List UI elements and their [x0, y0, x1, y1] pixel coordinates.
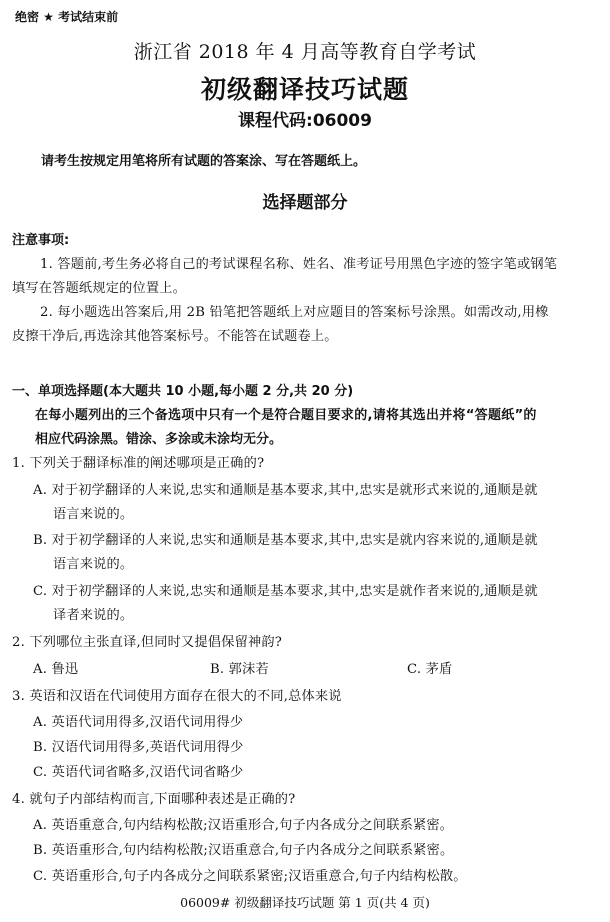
q2-option-a: A. 鲁迅	[33, 658, 78, 677]
q3-option-b: B. 汉语代词用得多,英语代词用得少	[33, 736, 244, 755]
q4-option-a: A. 英语重意合,句内结构松散;汉语重形合,句子内各成分之间联系紧密。	[33, 814, 453, 833]
q1-option-c: C. 对于初学翻译的人来说,忠实和通顺是基本要求,其中,忠实是就作者来说的,通顺…	[33, 580, 538, 599]
note-1-line1: 1. 答题前,考生务必将自己的考试课程名称、姓名、准考证号用黑色字迹的签字笔或钢…	[40, 253, 557, 272]
q4-option-c: C. 英语重形合,句子内各成分之间联系紧密;汉语重意合,句子内结构松散。	[33, 865, 467, 884]
confidential-label: 绝密 ★ 考试结束前	[15, 8, 118, 25]
q3-option-a: A. 英语代词用得多,汉语代词用得少	[33, 711, 243, 730]
q1-option-a: A. 对于初学翻译的人来说,忠实和通顺是基本要求,其中,忠实是就形式来说的,通顺…	[33, 479, 538, 498]
note-2-line2: 皮擦干净后,再选涂其他答案标号。不能答在试题卷上。	[12, 325, 338, 344]
part1-desc-line2: 相应代码涂黑。错涂、多涂或未涂均无分。	[35, 428, 282, 447]
q1-option-b-cont: 语言来说的。	[53, 553, 133, 572]
part1-desc-line1: 在每小题列出的三个备选项中只有一个是符合题目要求的,请将其选出并将“答题纸”的	[35, 404, 537, 423]
q2-option-b: B. 郭沫若	[210, 658, 269, 677]
q2-option-c: C. 茅盾	[407, 658, 452, 677]
page-title: 初级翻译技巧试题	[0, 70, 610, 106]
part1-heading: 一、单项选择题(本大题共 10 小题,每小题 2 分,共 20 分)	[12, 380, 353, 399]
notes-heading: 注意事项:	[12, 229, 69, 248]
q3-option-c: C. 英语代词省略多,汉语代词省略少	[33, 761, 243, 780]
q1-option-c-cont: 译者来说的。	[53, 604, 133, 623]
course-code: 课程代码:06009	[0, 106, 610, 131]
exam-name: 浙江省 2018 年 4 月高等教育自学考试	[0, 37, 610, 64]
q4-option-b: B. 英语重形合,句内结构松散;汉语重意合,句子内各成分之间联系紧密。	[33, 839, 453, 858]
instruction: 请考生按规定用笔将所有试题的答案涂、写在答题纸上。	[41, 150, 366, 169]
question-1-stem: 1. 下列关于翻译标准的阐述哪项是正确的?	[12, 452, 264, 471]
note-2-line1: 2. 每小题选出答案后,用 2B 铅笔把答题纸上对应题目的答案标号涂黑。如需改动…	[40, 301, 549, 320]
question-4-stem: 4. 就句子内部结构而言,下面哪种表述是正确的?	[12, 788, 295, 807]
page-footer: 06009# 初级翻译技巧试题 第 1 页(共 4 页)	[0, 893, 610, 911]
question-2-stem: 2. 下列哪位主张直译,但同时又提倡保留神韵?	[12, 631, 282, 650]
note-1-line2: 填写在答题纸规定的位置上。	[12, 277, 186, 296]
q1-option-b: B. 对于初学翻译的人来说,忠实和通顺是基本要求,其中,忠实是就内容来说的,通顺…	[33, 529, 538, 548]
q1-option-a-cont: 语言来说的。	[53, 503, 133, 522]
section-title: 选择题部分	[0, 188, 610, 213]
question-3-stem: 3. 英语和汉语在代词使用方面存在很大的不同,总体来说	[12, 685, 342, 704]
